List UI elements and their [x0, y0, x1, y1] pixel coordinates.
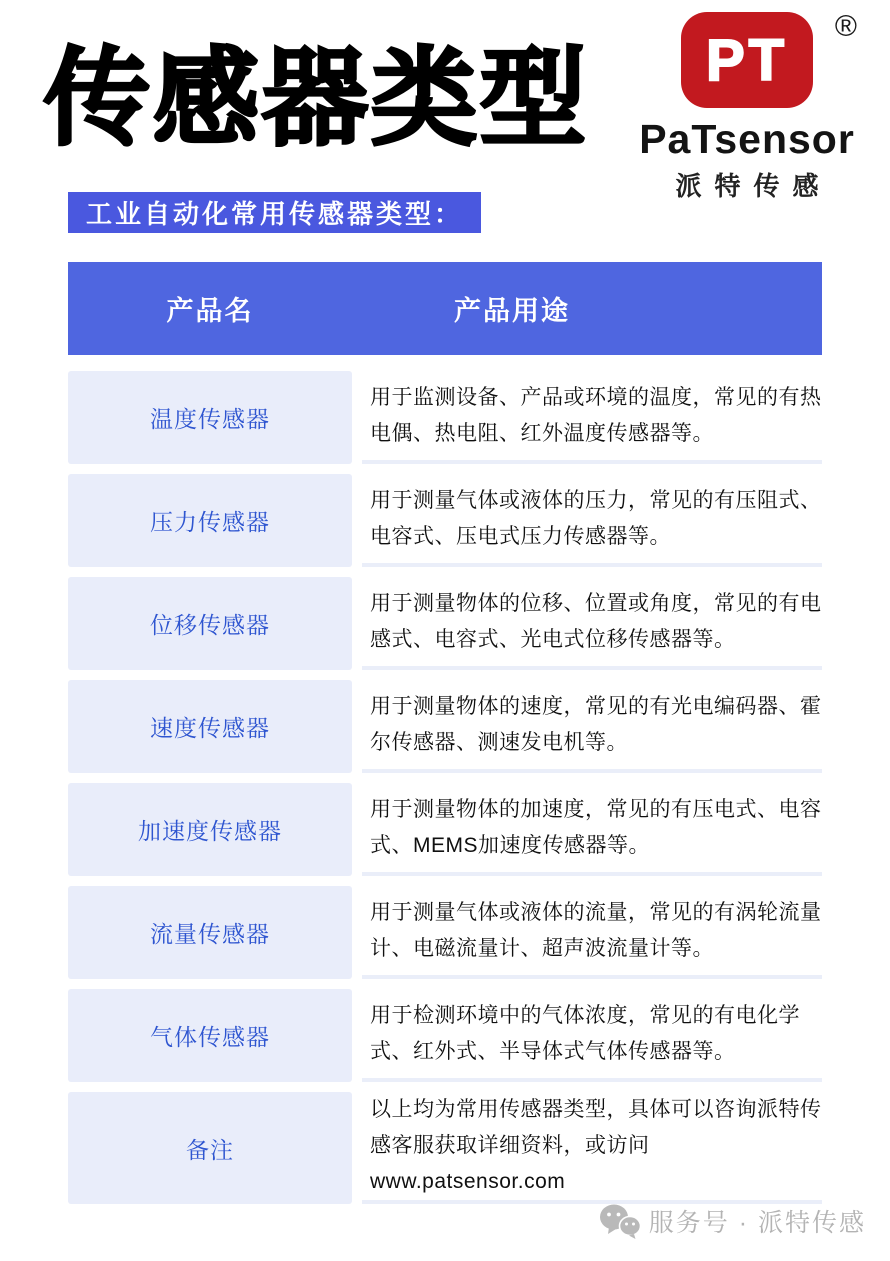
table-row: 流量传感器 用于测量气体或液体的流量，常见的有涡轮流量计、电磁流量计、超声波流量…: [68, 886, 822, 979]
page-title: 传感器类型: [44, 14, 589, 166]
row-desc-flow: 用于测量气体或液体的流量，常见的有涡轮流量计、电磁流量计、超声波流量计等。: [362, 886, 822, 979]
pt-badge-letters: PT: [706, 27, 788, 94]
logo-chinese-name: 派特传感: [622, 166, 872, 203]
row-label-remark: 备注: [68, 1092, 352, 1204]
wechat-icon: [599, 1203, 641, 1239]
row-desc-gas: 用于检测环境中的气体浓度，常见的有电化学式、红外式、半导体式气体传感器等。: [362, 989, 822, 1082]
row-desc-speed: 用于测量物体的速度，常见的有光电编码器、霍尔传感器、测速发电机等。: [362, 680, 822, 773]
column-header-product-use: 产品用途: [352, 289, 822, 328]
brand-logo: PT ® PaTsensor 派特传感: [622, 6, 872, 203]
table-row: 位移传感器 用于测量物体的位移、位置或角度，常见的有电感式、电容式、光电式位移传…: [68, 577, 822, 670]
logo-wordmark: PaTsensor: [622, 116, 872, 163]
row-label-acceleration: 加速度传感器: [68, 783, 352, 876]
footer-label: 服务号 · 派特传感: [649, 1203, 866, 1239]
section-banner-label: 工业自动化常用传感器类型：: [86, 194, 463, 231]
footer: 服务号 · 派特传感: [599, 1203, 866, 1239]
section-banner: 工业自动化常用传感器类型：: [68, 192, 481, 233]
row-desc-temperature: 用于监测设备、产品或环境的温度，常见的有热电偶、热电阻、红外温度传感器等。: [362, 371, 822, 464]
table-row: 温度传感器 用于监测设备、产品或环境的温度，常见的有热电偶、热电阻、红外温度传感…: [68, 371, 822, 464]
row-label-gas: 气体传感器: [68, 989, 352, 1082]
table-row: 速度传感器 用于测量物体的速度，常见的有光电编码器、霍尔传感器、测速发电机等。: [68, 680, 822, 773]
row-label-flow: 流量传感器: [68, 886, 352, 979]
table-row: 备注 以上均为常用传感器类型，具体可以咨询派特传感客服获取详细资料，或访问www…: [68, 1092, 822, 1185]
row-desc-displacement: 用于测量物体的位移、位置或角度，常见的有电感式、电容式、光电式位移传感器等。: [362, 577, 822, 670]
pt-logo-icon: PT: [681, 12, 813, 108]
table-row: 加速度传感器 用于测量物体的加速度，常见的有压电式、电容式、MEMS加速度传感器…: [68, 783, 822, 876]
row-label-temperature: 温度传感器: [68, 371, 352, 464]
row-desc-pressure: 用于测量气体或液体的压力，常见的有压阻式、电容式、压电式压力传感器等。: [362, 474, 822, 567]
row-label-displacement: 位移传感器: [68, 577, 352, 670]
table-header-row: 产品名 产品用途: [68, 262, 822, 355]
row-desc-remark: 以上均为常用传感器类型，具体可以咨询派特传感客服获取详细资料，或访问www.pa…: [362, 1092, 822, 1204]
table-row: 气体传感器 用于检测环境中的气体浓度，常见的有电化学式、红外式、半导体式气体传感…: [68, 989, 822, 1082]
row-desc-acceleration: 用于测量物体的加速度，常见的有压电式、电容式、MEMS加速度传感器等。: [362, 783, 822, 876]
row-label-pressure: 压力传感器: [68, 474, 352, 567]
table-row: 压力传感器 用于测量气体或液体的压力，常见的有压阻式、电容式、压电式压力传感器等…: [68, 474, 822, 567]
registered-trademark-icon: ®: [835, 10, 857, 44]
sensor-type-table: 产品名 产品用途 温度传感器 用于监测设备、产品或环境的温度，常见的有热电偶、热…: [68, 262, 822, 1195]
row-label-speed: 速度传感器: [68, 680, 352, 773]
column-header-product-name: 产品名: [68, 289, 352, 328]
